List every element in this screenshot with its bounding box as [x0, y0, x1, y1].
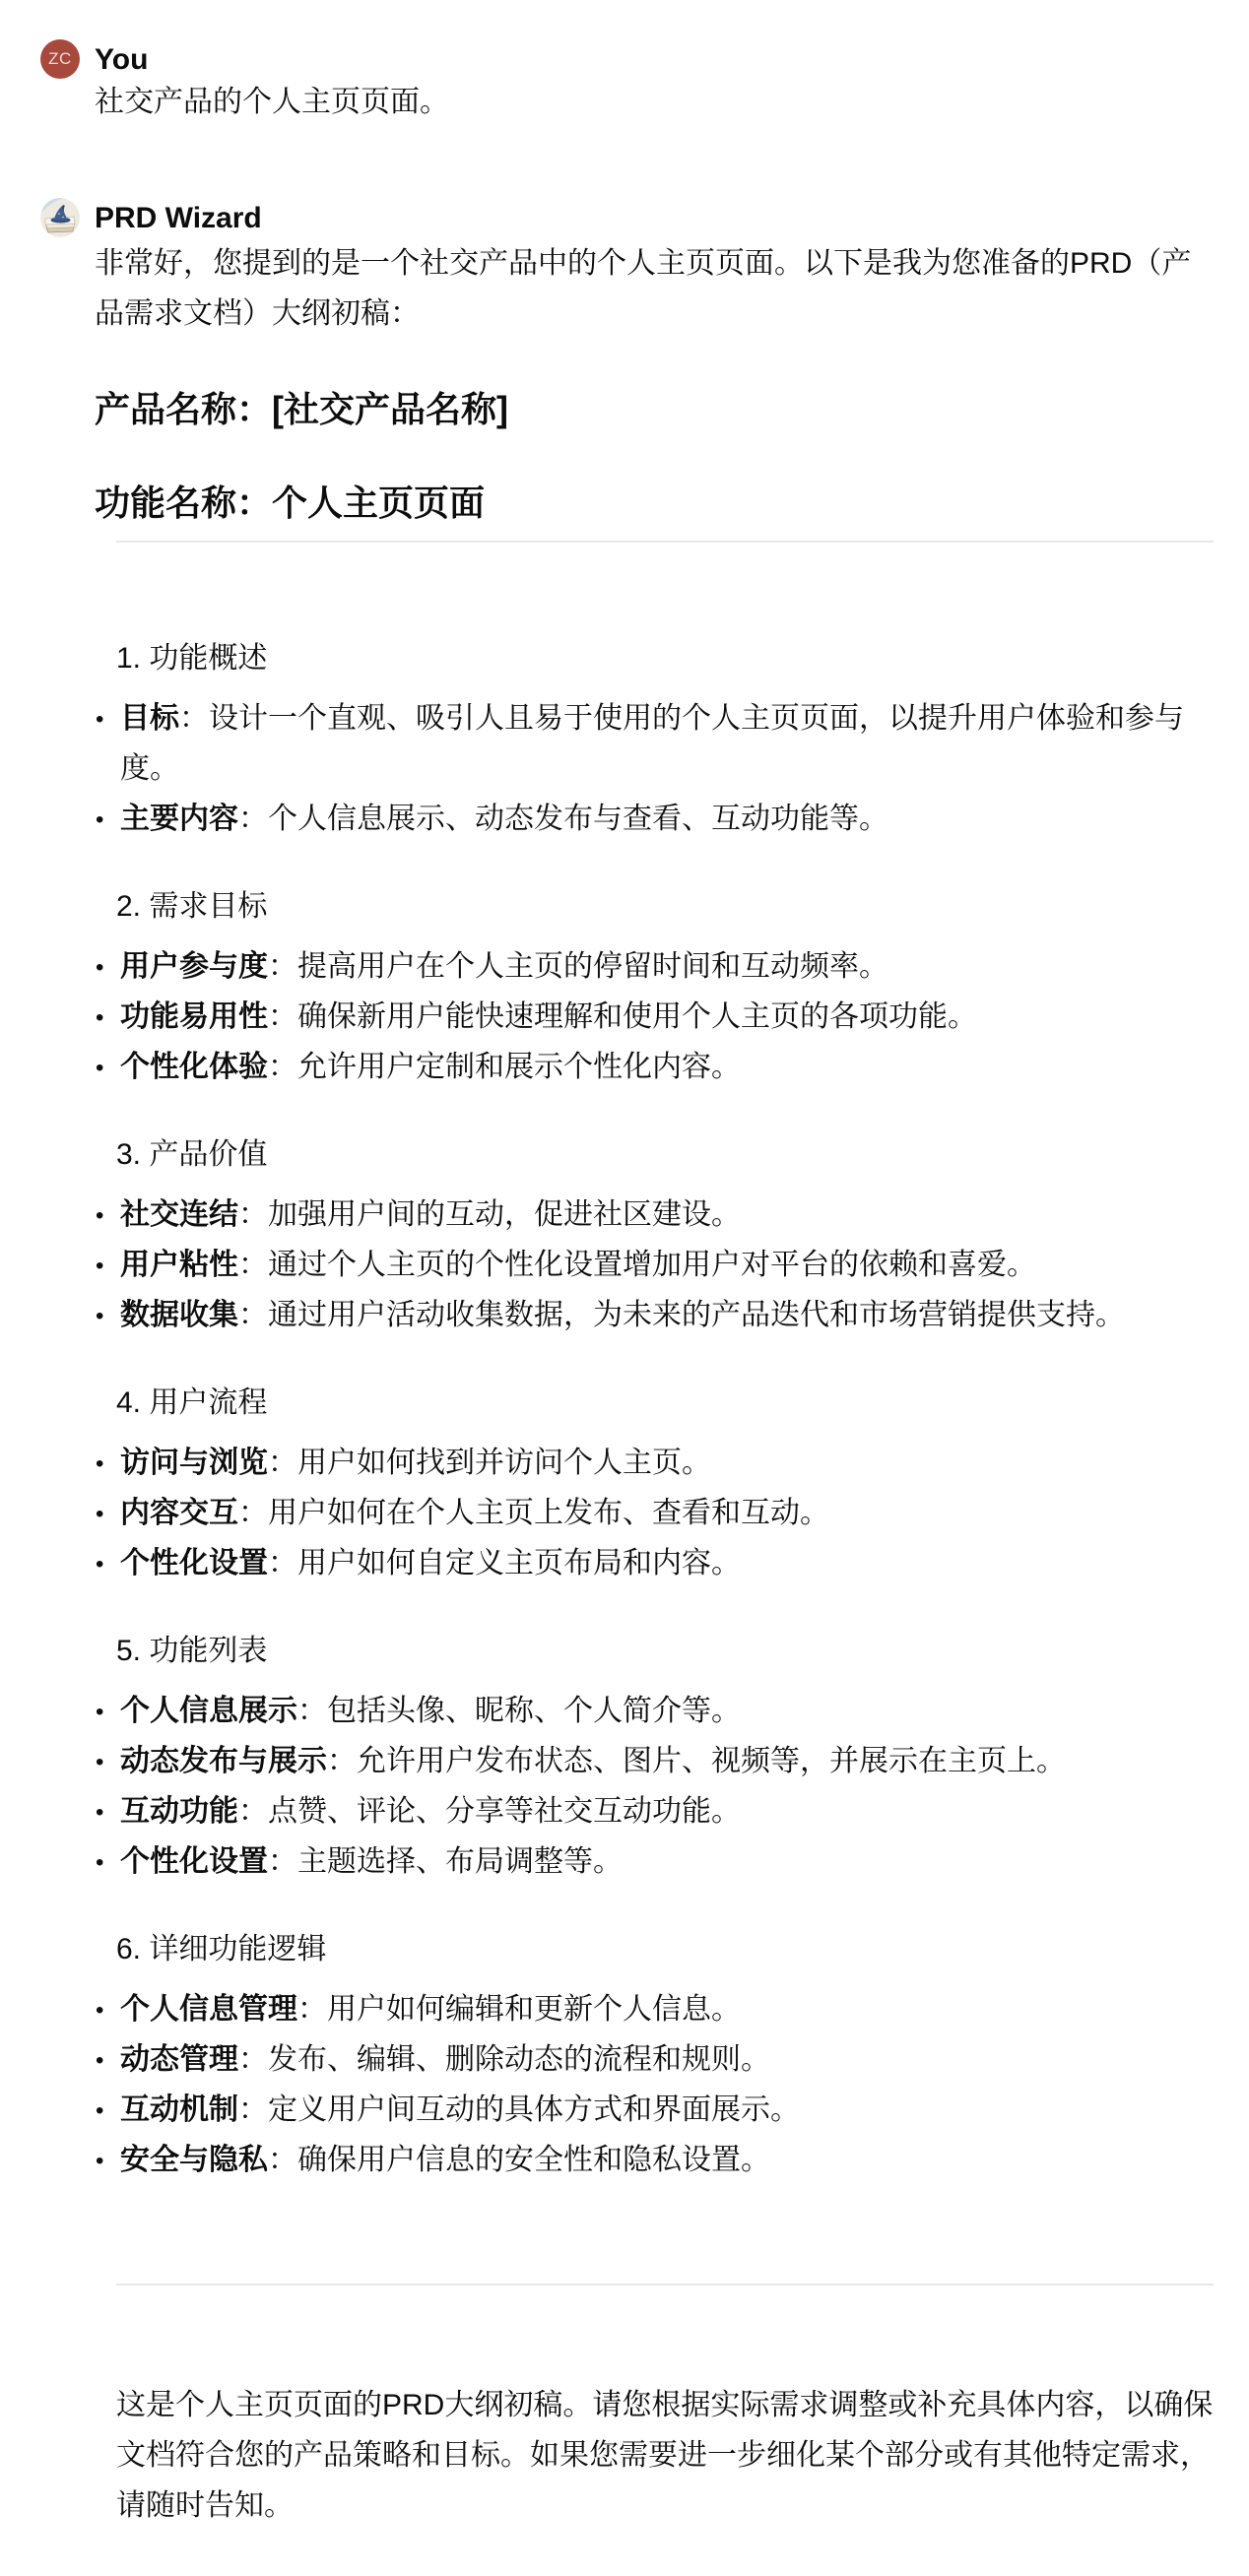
section-heading: 1. 功能概述	[116, 633, 1214, 683]
feature-term: 访问与浏览	[120, 1447, 268, 1479]
assistant-message: PRD Wizard 非常好，您提到的是一个社交产品中的个人主页页面。以下是我为…	[40, 198, 1214, 2531]
prd-section: 3. 产品价值社交连结：加强用户间的互动，促进社区建设。用户粘性：通过个人主页的…	[95, 1129, 1214, 1340]
feature-term: 用户参与度	[120, 950, 268, 983]
prd-sections: 1. 功能概述目标：设计一个直观、吸引人且易于使用的个人主页页面，以提升用户体验…	[95, 633, 1214, 2185]
feature-desc: ：加强用户间的互动，促进社区建设。	[238, 1198, 741, 1231]
user-name-label: You	[95, 43, 1214, 77]
feature-item: 个人信息展示：包括头像、昵称、个人简介等。	[120, 1686, 1214, 1736]
assistant-message-body: PRD Wizard 非常好，您提到的是一个社交产品中的个人主页页面。以下是我为…	[95, 198, 1214, 2531]
feature-term: 主要内容	[120, 803, 238, 835]
feature-desc: ：用户如何自定义主页布局和内容。	[268, 1547, 741, 1579]
product-name-heading: 产品名称：[社交产品名称]	[95, 387, 1214, 432]
section-heading: 4. 用户流程	[116, 1378, 1214, 1428]
feature-term: 目标	[120, 702, 179, 735]
feature-desc: ：确保新用户能快速理解和使用个人主页的各项功能。	[268, 1000, 977, 1033]
feature-desc: ：发布、编辑、删除动态的流程和规则。	[238, 2043, 770, 2076]
prd-section: 1. 功能概述目标：设计一个直观、吸引人且易于使用的个人主页页面，以提升用户体验…	[95, 633, 1214, 844]
assistant-message-text: 非常好，您提到的是一个社交产品中的个人主页页面。以下是我为您准备的PRD（产品需…	[95, 238, 1214, 2531]
feature-item: 动态发布与展示：允许用户发布状态、图片、视频等，并展示在主页上。	[120, 1736, 1214, 1786]
prd-section: 2. 需求目标用户参与度：提高用户在个人主页的停留时间和互动频率。功能易用性：确…	[95, 881, 1214, 1092]
feature-desc: ：允许用户定制和展示个性化内容。	[268, 1051, 741, 1083]
feature-item: 个性化设置：主题选择、布局调整等。	[120, 1836, 1214, 1887]
feature-item: 访问与浏览：用户如何找到并访问个人主页。	[120, 1438, 1214, 1488]
feature-item: 目标：设计一个直观、吸引人且易于使用的个人主页页面，以提升用户体验和参与度。	[120, 693, 1214, 794]
user-avatar: ZC	[40, 39, 80, 79]
feature-item: 个性化设置：用户如何自定义主页布局和内容。	[120, 1538, 1214, 1588]
feature-desc: ：设计一个直观、吸引人且易于使用的个人主页页面，以提升用户体验和参与度。	[120, 702, 1184, 785]
feature-list: 用户参与度：提高用户在个人主页的停留时间和互动频率。功能易用性：确保新用户能快速…	[95, 941, 1214, 1092]
feature-list: 访问与浏览：用户如何找到并访问个人主页。内容交互：用户如何在个人主页上发布、查看…	[95, 1438, 1214, 1588]
feature-name-heading: 功能名称：个人主页页面	[95, 481, 1214, 526]
feature-item: 互动机制：定义用户间互动的具体方式和界面展示。	[120, 2085, 1214, 2135]
feature-item: 主要内容：个人信息展示、动态发布与查看、互动功能等。	[120, 794, 1214, 844]
prd-section: 4. 用户流程访问与浏览：用户如何找到并访问个人主页。内容交互：用户如何在个人主…	[95, 1378, 1214, 1588]
feature-desc: ：包括头像、昵称、个人简介等。	[297, 1695, 741, 1727]
prd-section: 5. 功能列表个人信息展示：包括头像、昵称、个人简介等。动态发布与展示：允许用户…	[95, 1626, 1214, 1887]
feature-term: 个人信息展示	[120, 1695, 297, 1727]
feature-item: 用户参与度：提高用户在个人主页的停留时间和互动频率。	[120, 941, 1214, 992]
feature-desc: ：主题选择、布局调整等。	[268, 1845, 623, 1878]
feature-item: 功能易用性：确保新用户能快速理解和使用个人主页的各项功能。	[120, 992, 1214, 1042]
chat-transcript: ZC You 社交产品的个人主页页面。	[0, 0, 1249, 2531]
feature-item: 个人信息管理：用户如何编辑和更新个人信息。	[120, 1984, 1214, 2034]
feature-desc: ：通过个人主页的个性化设置增加用户对平台的依赖和喜爱。	[238, 1249, 1036, 1281]
feature-term: 动态管理	[120, 2043, 238, 2076]
user-avatar-initials: ZC	[48, 49, 72, 69]
feature-item: 个性化体验：允许用户定制和展示个性化内容。	[120, 1042, 1214, 1092]
prd-section: 6. 详细功能逻辑个人信息管理：用户如何编辑和更新个人信息。动态管理：发布、编辑…	[95, 1924, 1214, 2185]
bottom-divider	[116, 2284, 1214, 2286]
assistant-intro-paragraph: 非常好，您提到的是一个社交产品中的个人主页页面。以下是我为您准备的PRD（产品需…	[95, 238, 1214, 339]
assistant-closing-paragraph: 这是个人主页页面的PRD大纲初稿。请您根据实际需求调整或补充具体内容，以确保文档…	[116, 2380, 1214, 2531]
user-message-paragraph: 社交产品的个人主页页面。	[95, 77, 1214, 127]
feature-item: 用户粘性：通过个人主页的个性化设置增加用户对平台的依赖和喜爱。	[120, 1240, 1214, 1290]
feature-term: 社交连结	[120, 1198, 238, 1231]
feature-desc: ：确保用户信息的安全性和隐私设置。	[268, 2144, 770, 2176]
section-heading: 6. 详细功能逻辑	[116, 1924, 1214, 1974]
feature-item: 动态管理：发布、编辑、删除动态的流程和规则。	[120, 2034, 1214, 2085]
user-message: ZC You 社交产品的个人主页页面。	[40, 39, 1214, 127]
feature-desc: ：个人信息展示、动态发布与查看、互动功能等。	[238, 803, 888, 835]
feature-term: 互动功能	[120, 1795, 238, 1828]
feature-item: 互动功能：点赞、评论、分享等社交互动功能。	[120, 1786, 1214, 1836]
assistant-avatar	[40, 198, 80, 237]
feature-list: 社交连结：加强用户间的互动，促进社区建设。用户粘性：通过个人主页的个性化设置增加…	[95, 1190, 1214, 1340]
user-message-body: You 社交产品的个人主页页面。	[95, 39, 1214, 127]
feature-item: 内容交互：用户如何在个人主页上发布、查看和互动。	[120, 1488, 1214, 1538]
feature-term: 个人信息管理	[120, 1993, 297, 2026]
wizard-hat-icon	[40, 198, 80, 237]
top-divider	[116, 541, 1214, 543]
feature-term: 内容交互	[120, 1497, 238, 1529]
section-heading: 5. 功能列表	[116, 1626, 1214, 1676]
assistant-name-label: PRD Wizard	[95, 202, 1214, 235]
feature-term: 个性化体验	[120, 1051, 268, 1083]
section-heading: 3. 产品价值	[116, 1129, 1214, 1180]
feature-term: 安全与隐私	[120, 2144, 268, 2176]
feature-list: 个人信息管理：用户如何编辑和更新个人信息。动态管理：发布、编辑、删除动态的流程和…	[95, 1984, 1214, 2185]
feature-item: 安全与隐私：确保用户信息的安全性和隐私设置。	[120, 2135, 1214, 2185]
feature-term: 互动机制	[120, 2093, 238, 2126]
section-heading: 2. 需求目标	[116, 881, 1214, 932]
feature-desc: ：允许用户发布状态、图片、视频等，并展示在主页上。	[327, 1745, 1066, 1777]
feature-desc: ：用户如何找到并访问个人主页。	[268, 1447, 711, 1479]
feature-list: 目标：设计一个直观、吸引人且易于使用的个人主页页面，以提升用户体验和参与度。主要…	[95, 693, 1214, 844]
feature-term: 个性化设置	[120, 1547, 268, 1579]
feature-item: 数据收集：通过用户活动收集数据，为未来的产品迭代和市场营销提供支持。	[120, 1290, 1214, 1340]
feature-term: 动态发布与展示	[120, 1745, 327, 1777]
feature-desc: ：通过用户活动收集数据，为未来的产品迭代和市场营销提供支持。	[238, 1299, 1125, 1331]
feature-desc: ：点赞、评论、分享等社交互动功能。	[238, 1795, 741, 1828]
feature-term: 用户粘性	[120, 1249, 238, 1281]
feature-item: 社交连结：加强用户间的互动，促进社区建设。	[120, 1190, 1214, 1240]
feature-desc: ：提高用户在个人主页的停留时间和互动频率。	[268, 950, 888, 983]
feature-term: 功能易用性	[120, 1000, 268, 1033]
feature-list: 个人信息展示：包括头像、昵称、个人简介等。动态发布与展示：允许用户发布状态、图片…	[95, 1686, 1214, 1887]
feature-term: 个性化设置	[120, 1845, 268, 1878]
feature-desc: ：定义用户间互动的具体方式和界面展示。	[238, 2093, 800, 2126]
user-message-text: 社交产品的个人主页页面。	[95, 77, 1214, 127]
feature-desc: ：用户如何在个人主页上发布、查看和互动。	[238, 1497, 829, 1529]
feature-desc: ：用户如何编辑和更新个人信息。	[297, 1993, 741, 2026]
feature-term: 数据收集	[120, 1299, 238, 1331]
